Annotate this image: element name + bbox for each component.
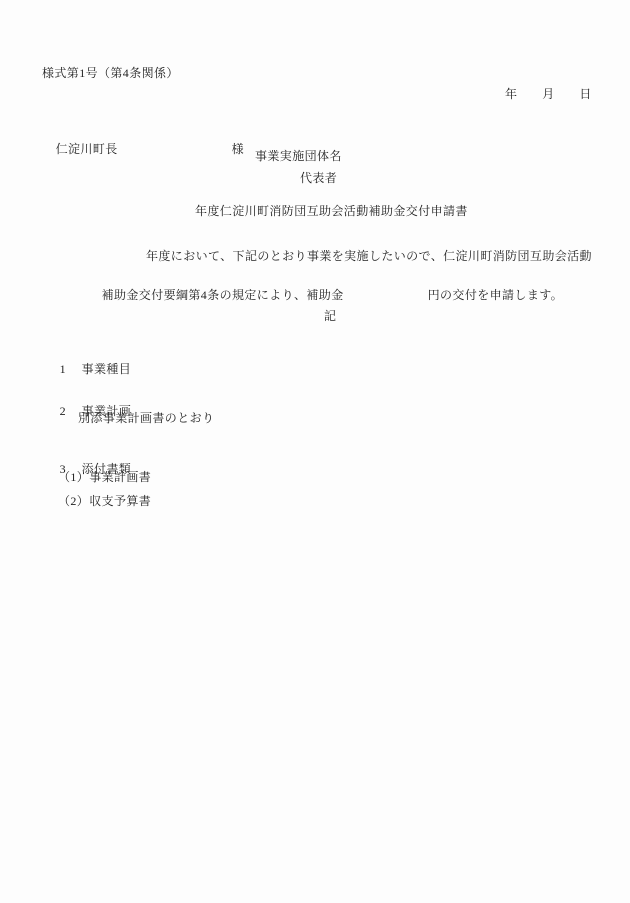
body-line-2-after-blank: 円の交付を申請します。 xyxy=(428,288,563,302)
ki-marker: 記 xyxy=(324,309,336,324)
item-3-attachment-2: （2）収支予算書 xyxy=(58,494,151,509)
applicant-org-label: 事業実施団体名 xyxy=(255,149,342,164)
addressee-honorific: 様 xyxy=(232,142,244,156)
item-1-number: 1 xyxy=(60,362,82,377)
date-line: 年 月 日 xyxy=(505,87,592,102)
body-line-2-before-blank: 補助金交付要綱第4条の規定により、補助金 xyxy=(102,288,344,302)
form-number: 様式第1号（第4条関係） xyxy=(42,66,179,81)
item-3-attachment-1: （1）事業計画書 xyxy=(58,470,151,485)
applicant-representative-label: 代表者 xyxy=(300,171,337,186)
document-title: 年度仁淀川町消防団互助会活動補助金交付申請書 xyxy=(195,204,468,219)
document-page: 様式第1号（第4条関係） 年 月 日 仁淀川町長様 事業実施団体名 代表者 年度… xyxy=(0,0,630,903)
body-paragraph-line-1: 年度において、下記のとおり事業を実施したいので、仁淀川町消防団互助会活動 xyxy=(146,249,592,264)
item-1-label: 事業種目 xyxy=(82,362,132,376)
list-item-1: 1事業種目 xyxy=(46,347,131,392)
addressee-line: 仁淀川町長様 xyxy=(42,127,244,172)
item-2-sub-note: 別添事業計画書のとおり xyxy=(78,411,214,426)
addressee-name: 仁淀川町長 xyxy=(56,142,118,156)
